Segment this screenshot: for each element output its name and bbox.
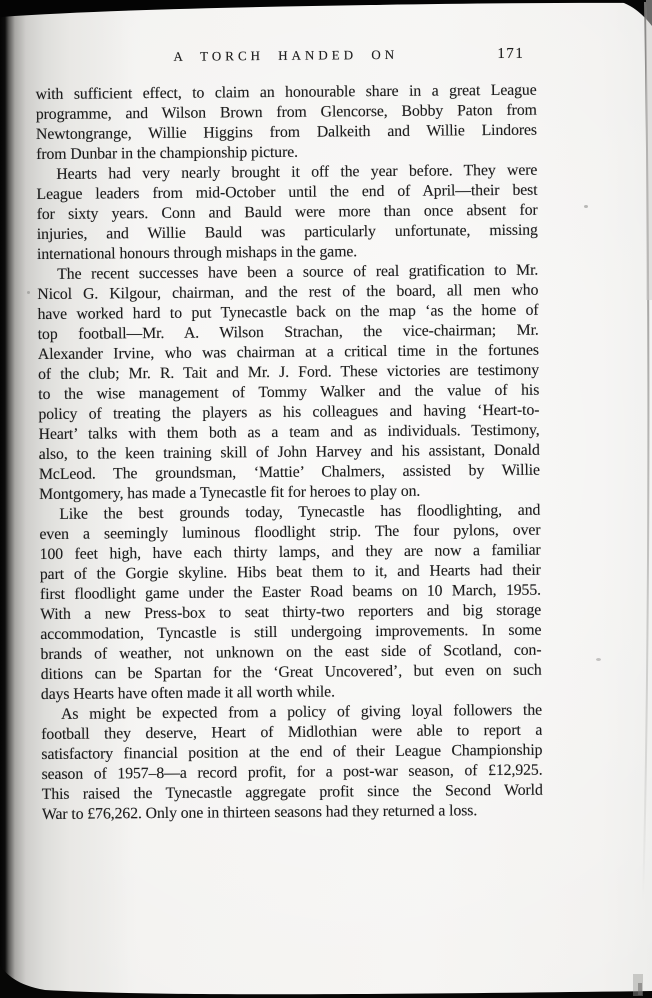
- running-head: A TORCH HANDED ON 171: [35, 46, 536, 68]
- paragraph: with sufficient effect, to claim an hono…: [36, 81, 538, 165]
- scanned-book-page: A TORCH HANDED ON 171 with sufficient ef…: [0, 0, 652, 998]
- running-head-title: A TORCH HANDED ON: [35, 46, 536, 66]
- paragraph: Hearts had very nearly brought it off th…: [36, 161, 538, 265]
- page-text-block: A TORCH HANDED ON 171 with sufficient ef…: [35, 46, 543, 825]
- ink-speck: [584, 205, 588, 208]
- paragraph: As might be expected from a policy of gi…: [41, 701, 543, 825]
- paragraph: The recent successes have been a source …: [37, 261, 540, 505]
- page-number: 171: [497, 46, 524, 63]
- ink-speck: [27, 291, 30, 294]
- page-body: with sufficient effect, to claim an hono…: [36, 81, 543, 825]
- text-line: War to £76,262. Only one in thirteen sea…: [42, 801, 543, 825]
- ink-speck: [596, 658, 601, 661]
- paragraph: Like the best grounds today, Tynecastle …: [39, 501, 542, 705]
